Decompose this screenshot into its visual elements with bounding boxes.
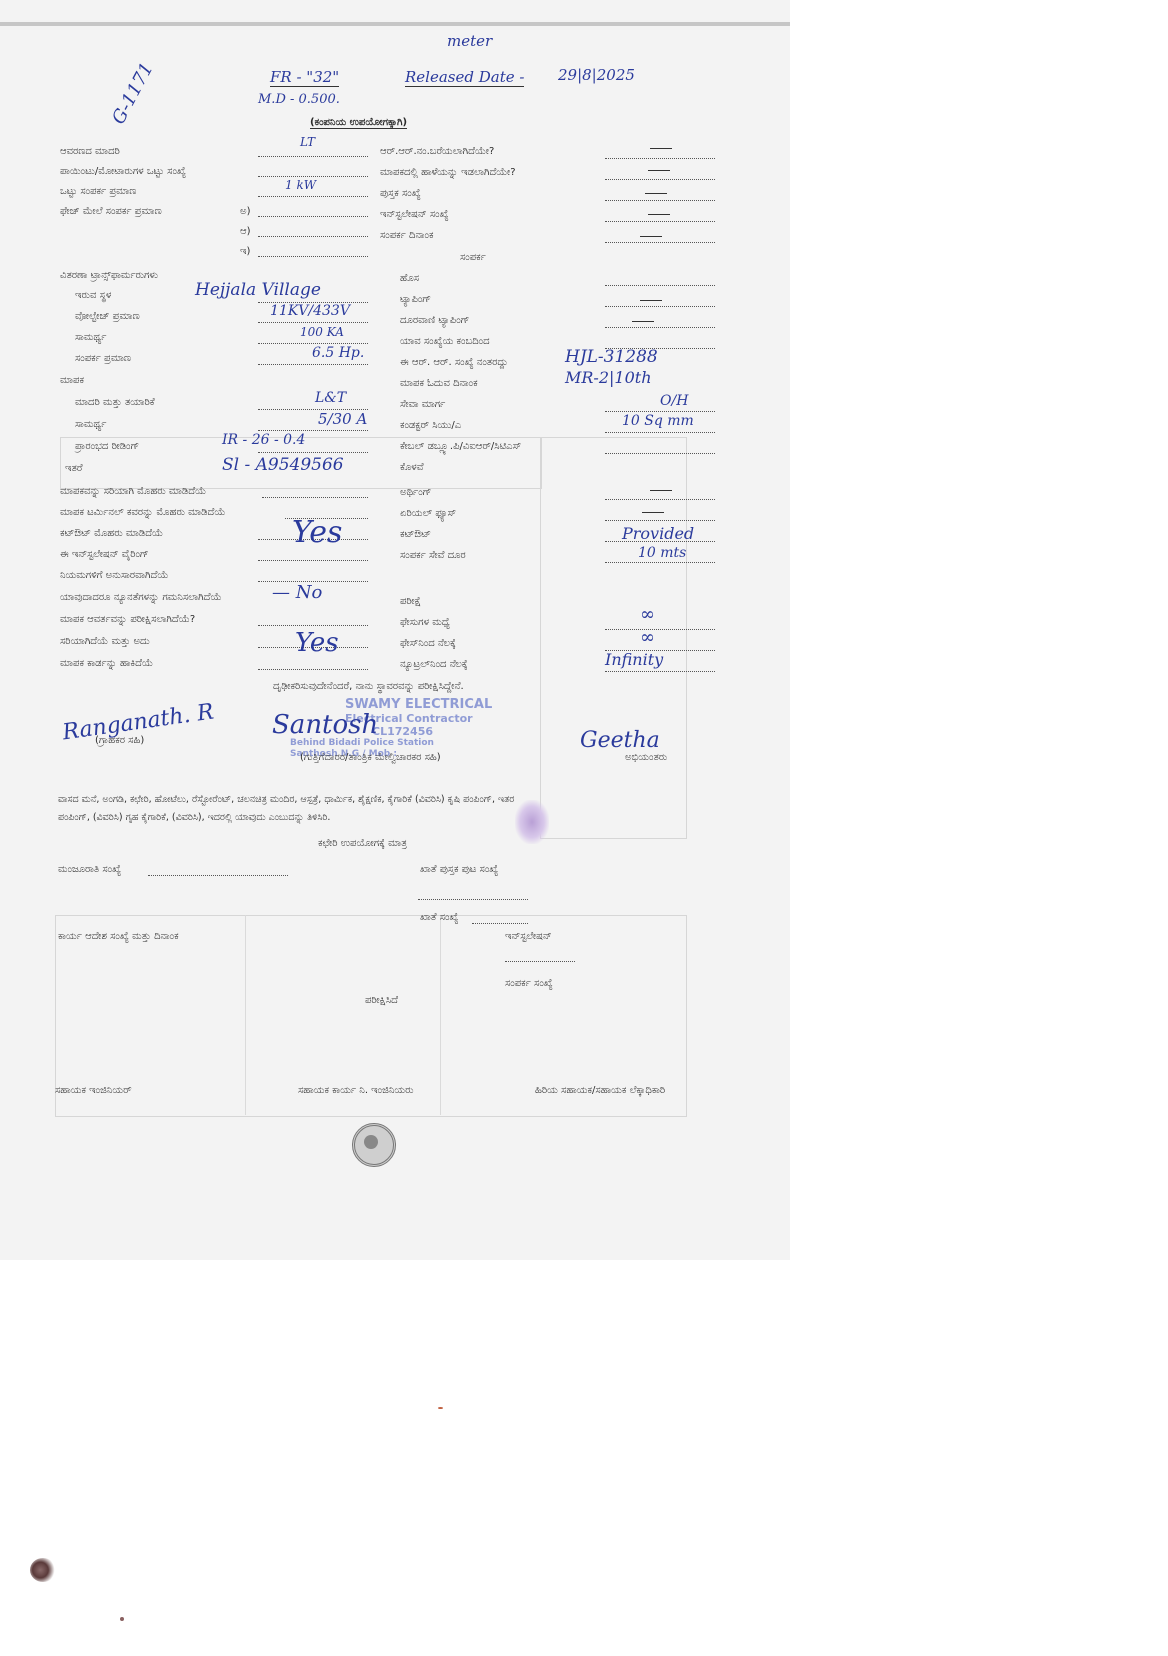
handwritten-release-label: Released Date - (405, 68, 524, 87)
field-line[interactable] (258, 342, 368, 344)
field-line[interactable] (605, 670, 715, 672)
field-line[interactable] (605, 431, 715, 433)
sanction-no-field[interactable] (148, 874, 288, 876)
field-line[interactable] (258, 559, 368, 561)
engineer-signature: Geetha (580, 728, 660, 753)
field-label: ಸರಿಯಾಗಿದೆಯೆ ಮತ್ತು ಅದು (60, 636, 150, 647)
engineer-signature-label: ಅಭಿಯಂತರು (625, 752, 667, 763)
handwritten-md: M.D - 0.500. (258, 92, 340, 107)
handwritten-ref: G-1171 (108, 59, 158, 128)
certification-text: ದೃಢೀಕರಿಸುವುದೇನೆಂದರೆ, ನಾನು ಸ್ಥಾವರವನ್ನು ಪರ… (273, 681, 464, 692)
field-line[interactable] (605, 241, 715, 243)
field-label: ಪಾಯಿಂಟು/ಮೋಟಾರುಗಳ ಒಟ್ಟು ಸಂಖ್ಯೆ (60, 166, 186, 177)
field-line[interactable] (605, 220, 715, 222)
installation-field[interactable] (505, 960, 575, 962)
speck (120, 1617, 124, 1621)
field-label: ಸಂಪರ್ಕ ಸೇವೆ ದೂರ (400, 550, 466, 561)
section-label: ಸಂಪರ್ಕ (460, 252, 486, 263)
office-stamp (515, 800, 549, 844)
field-label: ಮಂಜೂರಾತಿ ಸಂಖ್ಯೆ (58, 864, 121, 875)
field-label: ನ್ಯೂಟ್ರಲ್‌ನಿಂದ ನೆಲಕ್ಕೆ (400, 659, 468, 670)
field-label: ಈ ಆರ್. ಆರ್. ಸಂಖ್ಯೆ ನಂತರದ್ದು (400, 357, 508, 368)
field-label: ಸೇವಾ ಮಾರ್ಗ (400, 399, 445, 410)
field-label: ಮಾದರಿ ಮತ್ತು ತಯಾರಿಕೆ (75, 397, 155, 408)
field-line[interactable] (258, 215, 368, 217)
field-line[interactable] (605, 498, 715, 500)
field-value: — No (272, 582, 322, 603)
field-label: ಹೊಸ (400, 273, 419, 284)
field-label: ದೂರವಾಣಿ ಟ್ಯಾಪಿಂಗ್ (400, 315, 469, 326)
field-value: Infinity (605, 650, 663, 669)
stamp-line: CL172456 (372, 725, 433, 738)
dash-mark (645, 193, 667, 194)
contractor-signature-label: (ಗುತ್ತಿಗೆದಾರರ/ತಾಂತ್ರಿಕ ಮೇಲ್ವಿಚಾರಕರ ಸಹಿ) (300, 752, 441, 763)
scanned-form-sheet: G-1171 meter FR - "32" M.D - 0.500. Rele… (0, 0, 790, 1260)
field-line[interactable] (258, 363, 368, 365)
field-value: HJL-31288 (565, 347, 658, 367)
field-label: ಕಟ್‌ಔಟ್ ಮೊಹರು ಮಾಡಿದೆಯೆ (60, 528, 163, 539)
field-sub-label: ಅ) (240, 206, 251, 217)
dash-mark (648, 170, 670, 171)
form-title: (ಕಂಪನಿಯ ಉಪಯೋಗಕ್ಕಾಗಿ) (310, 117, 407, 129)
field-value: 11KV/433V (270, 303, 350, 319)
handwritten-fr: FR - "32" (270, 68, 339, 87)
asst-engineer-label: ಸಹಾಯಕ ಇಂಜಿನಿಯರ್ (55, 1085, 132, 1096)
field-value: L&T (315, 390, 346, 406)
field-sub-label: ಆ) (240, 226, 251, 237)
field-sub-label: ಇ) (240, 246, 250, 257)
field-value: Sl - A9549566 (222, 455, 344, 475)
ghost-divider (245, 915, 246, 1115)
field-label: ಟ್ಯಾಪಿಂಗ್ (400, 294, 431, 305)
field-label: ಪುಸ್ತಕ ಸಂಖ್ಯೆ (380, 188, 421, 199)
field-line[interactable] (605, 178, 715, 180)
field-label: ಪರೀಕ್ಷಿಸಿದೆ (365, 995, 398, 1006)
field-value: IR - 26 - 0.4 (222, 432, 305, 448)
field-label: ಮಾಪಕ ಓದುವ ದಿನಾಂಕ (400, 378, 478, 389)
field-label: ಖಾತೆ ಸಂಖ್ಯೆ (420, 912, 459, 923)
field-line[interactable] (258, 175, 368, 177)
field-label: ಈ ಇನ್‌ಸ್ಟಲೇಷನ್ ವೈರಿಂಗ್ (60, 549, 149, 560)
asst-exec-engineer-label: ಸಹಾಯಕ ಕಾರ್ಯ ನಿ. ಇಂಜಿನಿಯರು (298, 1085, 414, 1096)
field-label: ಒಟ್ಟು ಸಂಪರ್ಕ ಪ್ರಮಾಣ (60, 186, 136, 197)
field-label: ಮಾಪಕ ಆವರ್ತವನ್ನು ಪರೀಕ್ಷಿಸಲಾಗಿದೆಯೆ? (60, 614, 195, 625)
field-line[interactable] (258, 155, 368, 157)
dash-mark (650, 148, 672, 149)
field-value: Hejjala Village (195, 280, 321, 300)
field-label: ಫೇಜ್ ಮೇಲೆ ಸಂಪರ್ಕ ಪ್ರಮಾಣ (60, 206, 162, 217)
scan-edge (0, 22, 790, 26)
office-use-title: ಕಛೇರಿ ಉಪಯೋಗಕ್ಕೆ ಮಾತ್ರ (318, 838, 407, 849)
field-line[interactable] (605, 326, 715, 328)
account-no-field[interactable] (472, 922, 528, 924)
field-label: ಮಾಪಕದಲ್ಲಿ ಹಾಳೆಯನ್ನು ಇಡಲಾಗಿದೆಯೇ? (380, 167, 516, 178)
field-label: ಸಾಮರ್ಥ್ಯ (75, 419, 106, 430)
field-label: ಕಟ್‌ಔಟ್ (400, 529, 431, 540)
field-line[interactable] (258, 429, 368, 431)
field-value: O/H (660, 393, 688, 409)
dash-mark (648, 214, 670, 215)
field-line[interactable] (258, 255, 368, 257)
field-label: ಸಾಮರ್ಥ್ಯ (75, 332, 106, 343)
field-value: ∞ (640, 627, 655, 648)
usage-note: ವಾಸದ ಮನೆ, ಅಂಗಡಿ, ಕಛೇರಿ, ಹೋಟೆಲು, ರೆಸ್ಟೋರೆ… (58, 794, 514, 805)
field-line[interactable] (258, 451, 368, 453)
field-label: ಖಾತೆ ಪುಸ್ತಕ ಪುಟ ಸಂಖ್ಯೆ (420, 864, 498, 875)
field-value: LT (300, 135, 315, 149)
ledger-page-field[interactable] (418, 898, 528, 900)
field-value: Provided (622, 524, 694, 543)
field-line[interactable] (605, 519, 715, 521)
field-label: ಮಾಪಕ ಕಾರ್ಡನ್ನು ಹಾಕಿದೆಯೆ (60, 658, 153, 669)
field-line[interactable] (258, 668, 368, 670)
dash-mark (632, 321, 654, 322)
handwritten-meter-note: meter (447, 32, 492, 50)
field-line[interactable] (258, 235, 368, 237)
field-line[interactable] (262, 496, 368, 498)
field-label: ಏರಿಯಲ್ ಫ್ಯೂಸ್ (400, 508, 456, 519)
field-label: ಸಂಪರ್ಕ ಪ್ರಮಾಣ (75, 353, 131, 364)
field-line[interactable] (258, 624, 368, 626)
field-line[interactable] (605, 305, 715, 307)
usage-note: ಪಂಪಿಂಗ್, (ವಿವರಿಸಿ) ಗೃಹ ಕೈಗಾರಿಕೆ, (ವಿವರಿಸ… (58, 812, 330, 823)
ink-blot (30, 1558, 56, 1582)
section-label: ವಿತರಣಾ ಟ್ರಾನ್ಸ್‌ಫಾರ್ಮರುಗಳು (60, 270, 158, 281)
field-label: ನಿಯಮಗಳಿಗೆ ಅನುಸಾರವಾಗಿದೆಯೆ (60, 570, 168, 581)
field-label: ಇರುವ ಸ್ಥಳ (75, 290, 111, 301)
field-line[interactable] (605, 628, 715, 630)
field-value: ∞ (640, 604, 655, 625)
field-value: 5/30 A (318, 410, 367, 428)
field-label: ಕಂಡಕ್ಟರ್ ಸಿಯು/ಎ (400, 420, 461, 431)
field-value: 1 kW (285, 178, 316, 192)
field-label: ಮಾಪಕವನ್ನು ಸರಿಯಾಗಿ ಮೊಹರು ಮಾಡಿದೆಯೆ (60, 486, 206, 497)
field-value: MR-2|10th (565, 368, 652, 387)
field-label: ಫೇಸುಗಳ ಮಧ್ಯೆ (400, 617, 450, 628)
ghost-divider (440, 915, 441, 1115)
field-value: 10 mts (638, 545, 686, 561)
field-line[interactable] (605, 284, 715, 286)
field-label: ಅರ್ಥಿಂಗ್ (400, 487, 431, 498)
field-value: 10 Sq mm (622, 413, 694, 429)
check-signature: Yes (292, 515, 342, 550)
field-line[interactable] (258, 321, 368, 323)
check-signature: Yes (295, 628, 339, 658)
field-line[interactable] (605, 199, 715, 201)
field-label: ಇತರೆ (65, 463, 83, 474)
accounts-officer-label: ಹಿರಿಯ ಸಹಾಯಕ/ಸಹಾಯಕ ಲೆಕ್ಕಾಧಿಕಾರಿ (535, 1085, 665, 1096)
government-emblem-icon (352, 1123, 396, 1167)
dash-mark (642, 512, 664, 513)
section-label: ಮಾಪಕ (60, 375, 84, 386)
field-label: ಸಂಪರ್ಕ ದಿನಾಂಕ (380, 230, 434, 241)
contractor-signature: Santosh (272, 710, 378, 740)
field-label: ಆವರಣದ ಮಾದರಿ (60, 146, 120, 157)
field-label: ಆರ್.ಆರ್.ನಂ.ಬರೆಯಲಾಗಿದೆಯೇ? (380, 146, 494, 157)
dash-mark (640, 300, 662, 301)
field-label: ಕೊಳವೆ (400, 462, 424, 473)
field-line[interactable] (258, 195, 368, 197)
field-line[interactable] (605, 157, 715, 159)
field-label: ಯಾವುದಾದರೂ ನ್ಯೂನತೆಗಳನ್ನು ಗಮನಿಸಲಾಗಿದೆಯೆ (60, 592, 222, 603)
field-value: 100 KA (300, 325, 344, 339)
dash-mark (640, 236, 662, 237)
field-label: ಫೇಸ್‌ನಿಂದ ನೆಲಕ್ಕೆ (400, 638, 456, 649)
field-label: ಮಾಪಕ ಟರ್ಮಿನಲ್ ಕವರನ್ನು ಮೊಹರು ಮಾಡಿದೆಯೆ (60, 507, 225, 518)
dash-mark (650, 490, 672, 491)
field-line[interactable] (605, 410, 715, 412)
field-label: ಯಾವ ಸಂಖ್ಯೆಯ ಕಂಬದಿಂದ (400, 336, 490, 347)
field-label: ಕಾರ್ಯ ಆದೇಶ ಸಂಖ್ಯೆ ಮತ್ತು ದಿನಾಂಕ (58, 931, 179, 942)
field-label: ಪ್ರಾರಂಭದ ರೀಡಿಂಗ್ (75, 441, 139, 452)
field-label: ವೋಲ್ಟೇಜ್ ಪ್ರಮಾಣ (75, 311, 140, 322)
handwritten-release-date: 29|8|2025 (558, 66, 635, 84)
field-label: ಇನ್‌ಸ್ಟಲೇಷನ್ ಸಂಖ್ಯೆ (380, 209, 449, 220)
field-line[interactable] (605, 452, 715, 454)
field-line[interactable] (605, 561, 715, 563)
field-label: ಕೇಬಲ್ ಡಬ್ಲ್ಯೂ.ಪಿ/ವಿಐಆರ್/ಸಿಟಿಎಸ್ (400, 441, 521, 452)
section-label: ಪರೀಕ್ಷೆ (400, 596, 421, 607)
field-label: ಸಂಪರ್ಕ ಸಂಖ್ಯೆ (505, 978, 553, 989)
speck (438, 1407, 443, 1409)
field-label: ಇನ್‌ಸ್ಟಲೇಷನ್ (505, 931, 552, 942)
customer-signature-label: (ಗ್ರಾಹಕರ ಸಹಿ) (95, 735, 144, 746)
field-value: 6.5 Hp. (312, 345, 364, 361)
